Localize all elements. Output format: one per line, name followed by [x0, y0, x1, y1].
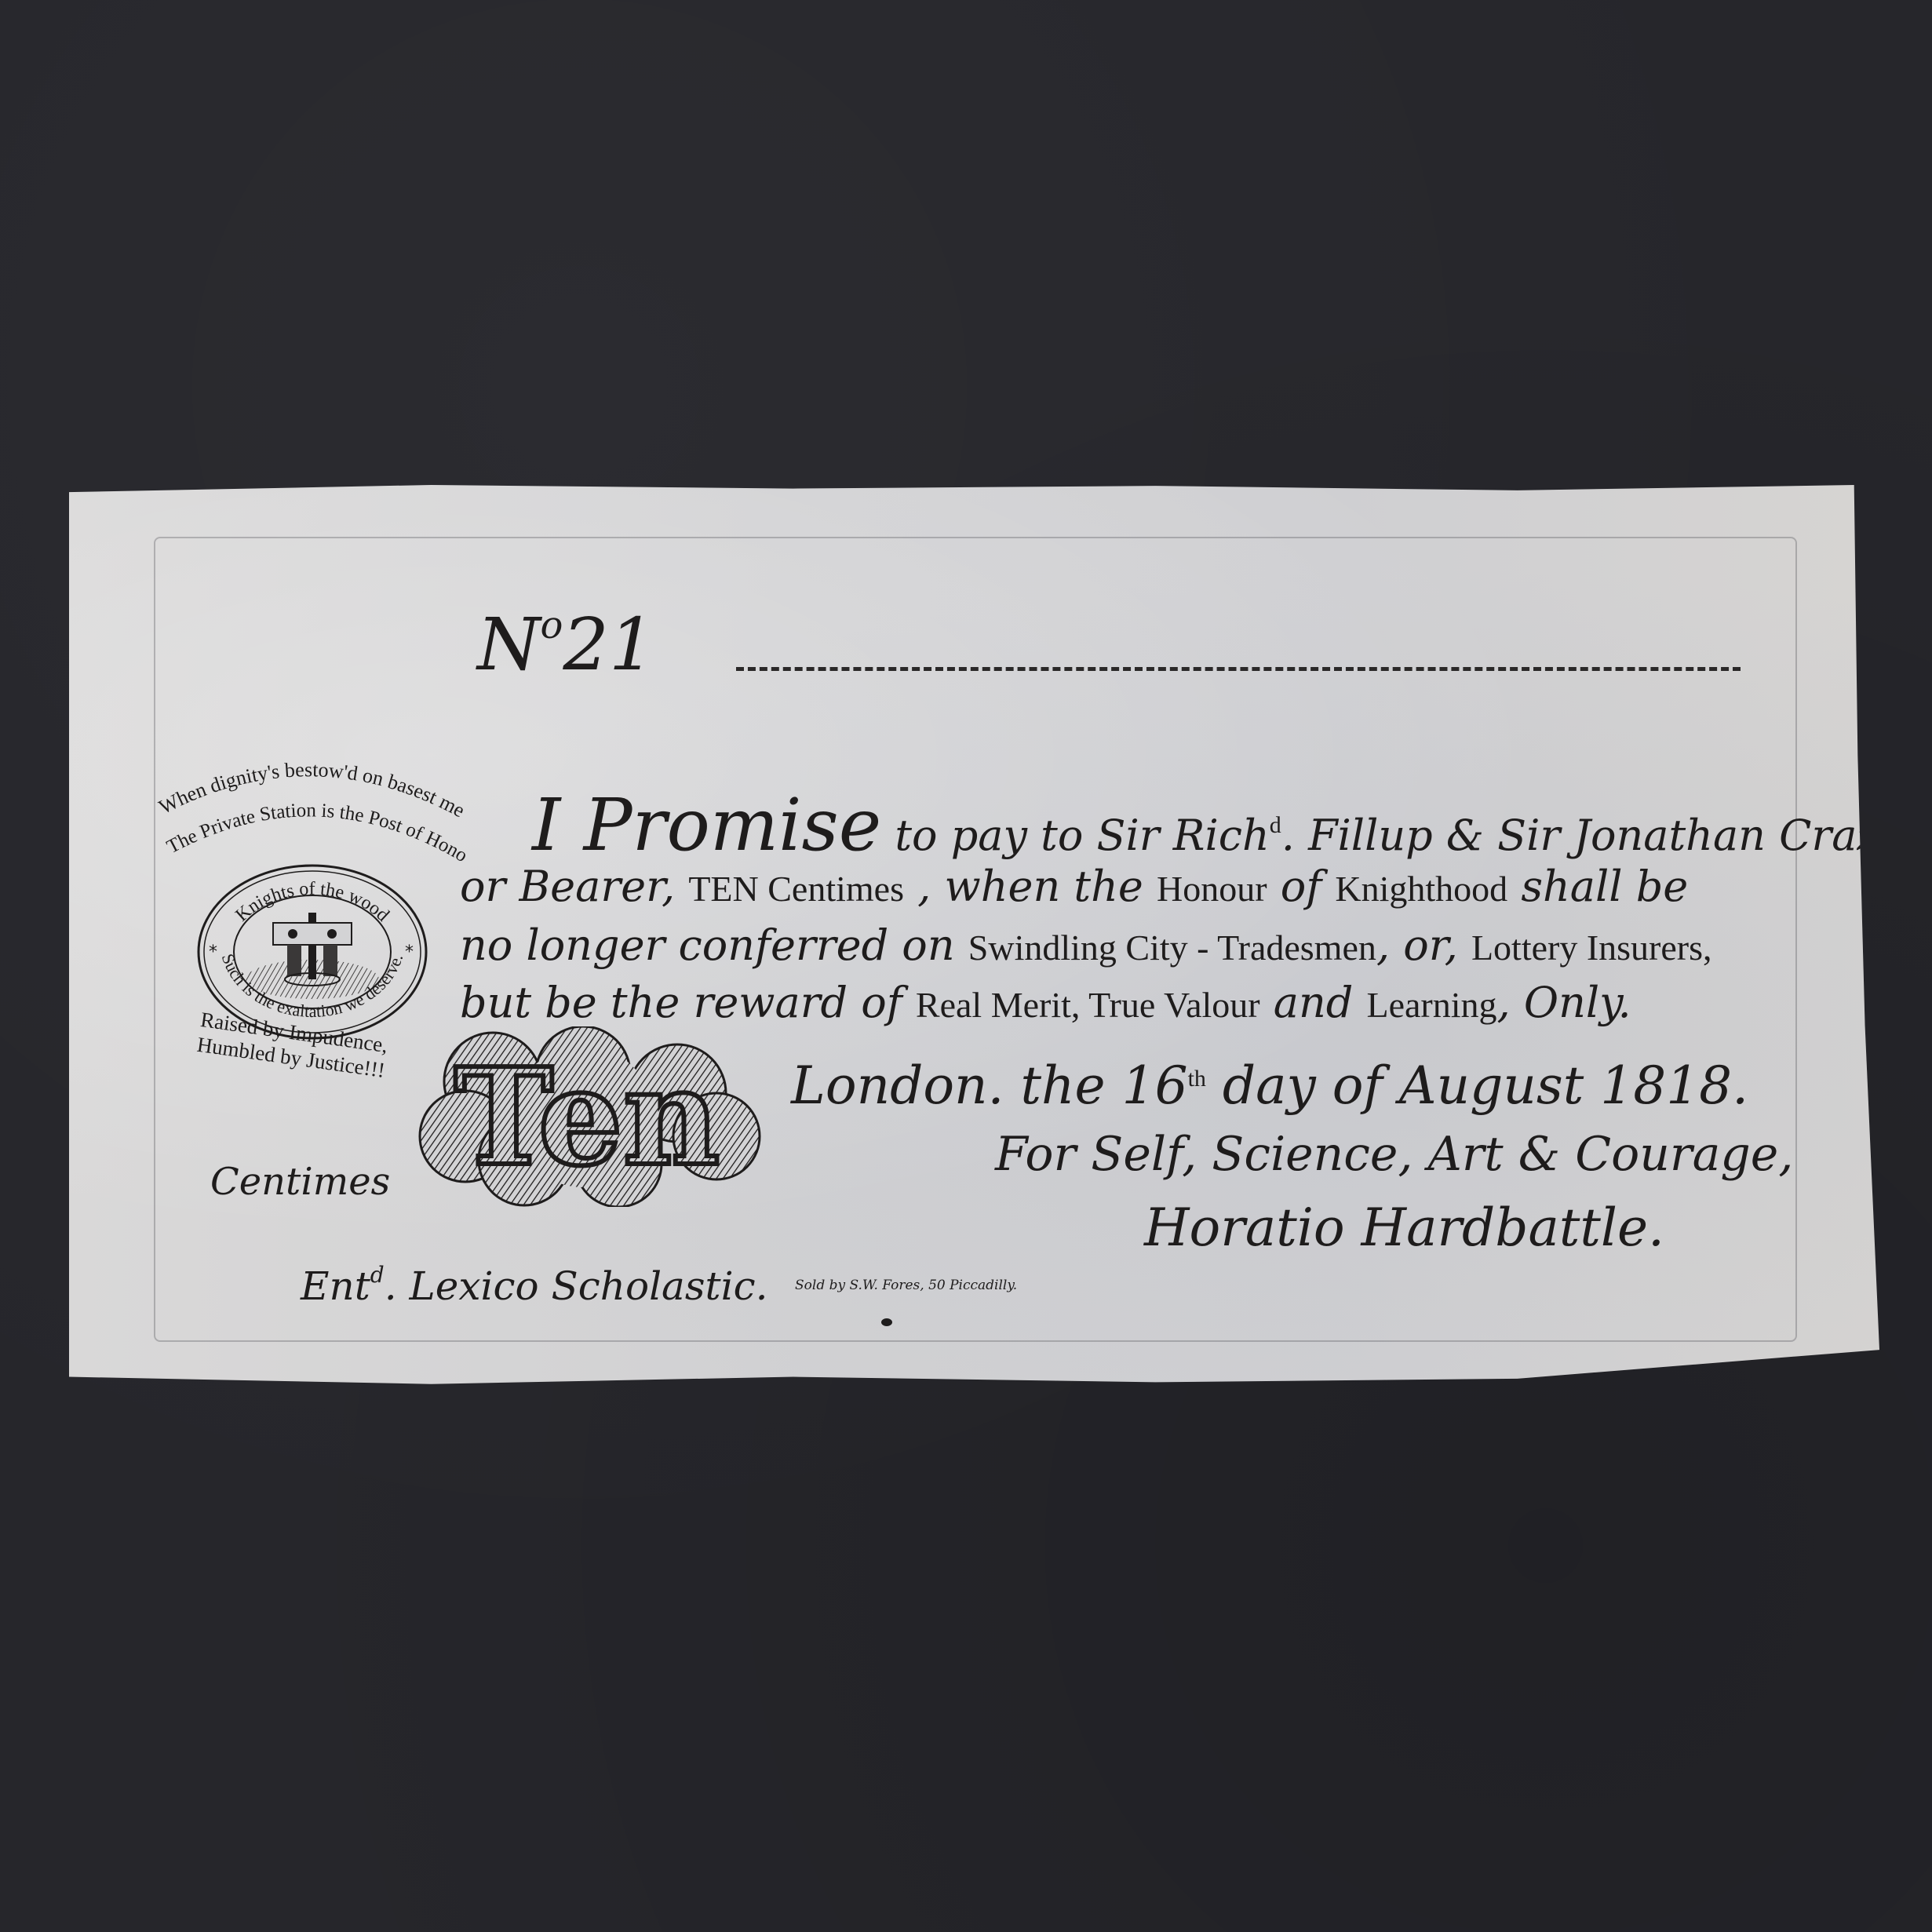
payee-names: . Fillup & Sir Jonathan Crazy,	[1281, 811, 1912, 860]
reward-text: but be the reward of	[460, 978, 916, 1027]
entered-prefix: Ent	[301, 1263, 370, 1309]
or-text: , or,	[1376, 920, 1471, 970]
sup-d: d	[1270, 812, 1281, 838]
entered-sup: d	[370, 1262, 385, 1288]
learning-text: Learning	[1366, 985, 1496, 1025]
ink-blot	[881, 1318, 892, 1326]
and-text: and	[1260, 978, 1367, 1027]
entered-line: Entd. Lexico Scholastic.	[301, 1262, 768, 1309]
date-line: London. the 16th day of August 1818.	[791, 1055, 1748, 1116]
swindling-text: Swindling City - Tradesmen	[968, 928, 1376, 968]
svg-text:*: *	[405, 942, 414, 962]
lottery-text: Lottery Insurers,	[1471, 928, 1712, 968]
promise-drop-word: I Promise	[532, 783, 881, 867]
promise-line-3: no longer conferred on Swindling City - …	[460, 920, 1712, 970]
knighthood-word: Knighthood	[1335, 869, 1507, 909]
promise-line-4: but be the reward of Real Merit, True Va…	[460, 978, 1631, 1027]
svg-text:*: *	[209, 942, 217, 962]
ten-denomination-badge: Ten	[406, 1026, 767, 1207]
conferred-text: no longer conferred on	[460, 920, 968, 970]
serial-value: 21	[563, 603, 654, 687]
serial-number: No21	[477, 603, 654, 687]
publisher-imprint: Sold by S.W. Fores, 50 Piccadilly.	[795, 1278, 1017, 1293]
date-sup: th	[1188, 1066, 1206, 1092]
of-word: of	[1267, 862, 1336, 911]
when-text: , when the	[904, 862, 1157, 911]
serial-prefix: N	[477, 603, 541, 687]
motto-arc: When dignity's bestow'd on basest men, T…	[148, 744, 477, 869]
date-text: London. the 16	[791, 1055, 1188, 1116]
banknote: No21 When dignity's bestow'd on basest m…	[69, 485, 1879, 1386]
merit-text: Real Merit, True Valour	[916, 985, 1260, 1025]
date-rest: day of August 1818.	[1206, 1055, 1748, 1116]
entered-rest: . Lexico Scholastic.	[385, 1263, 768, 1309]
amount-text: TEN Centimes	[688, 869, 904, 909]
only-text: , Only.	[1497, 978, 1631, 1027]
denomination-unit: Centimes	[210, 1160, 390, 1204]
honour-word: Honour	[1157, 869, 1267, 909]
for-line: For Self, Science, Art & Courage,	[995, 1127, 1793, 1182]
shall-be-text: shall be	[1507, 862, 1688, 911]
promise-line-2: or Bearer, TEN Centimes , when the Honou…	[460, 862, 1688, 911]
serial-dashed-line	[736, 667, 1741, 671]
pillory-icon	[246, 913, 379, 999]
ten-text: Ten	[454, 1039, 720, 1196]
bearer-text: or Bearer,	[460, 862, 688, 911]
promise-line-1: I Promise to pay to Sir Richd. Fillup & …	[532, 783, 1932, 867]
signature: Horatio Hardbattle.	[1144, 1197, 1664, 1258]
promise-text: to pay to Sir Rich	[881, 811, 1270, 860]
serial-prefix-sup: o	[541, 603, 563, 647]
